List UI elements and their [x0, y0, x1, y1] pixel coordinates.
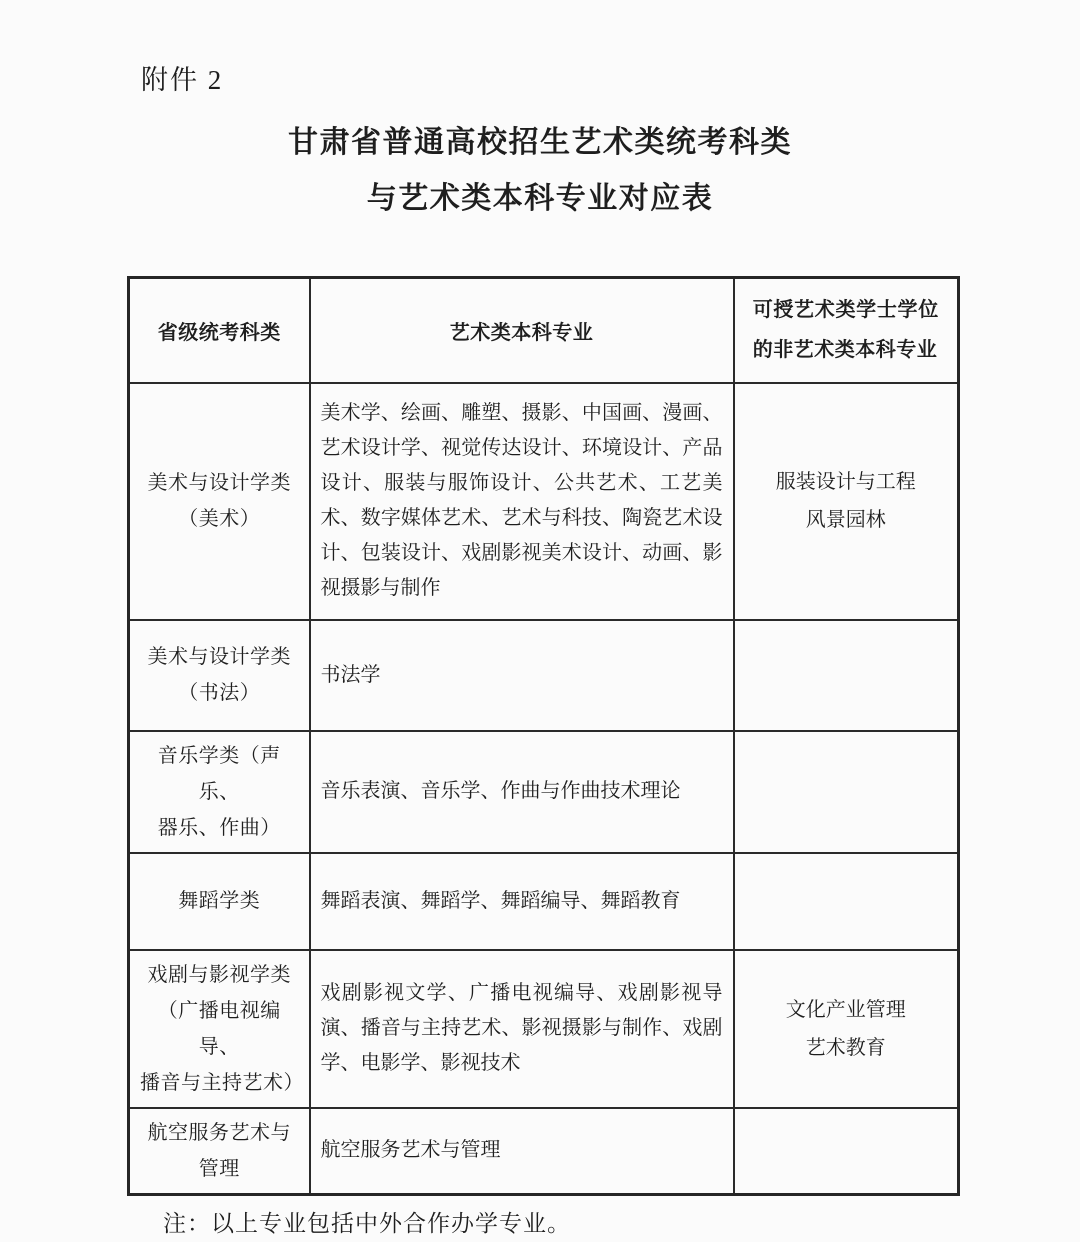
header-non-art-majors: 可授艺术类学士学位的非艺术类本科专业: [734, 278, 959, 383]
art-majors-cell: 书法学: [310, 620, 734, 731]
non-art-majors-cell: [734, 853, 959, 950]
non-art-majors-cell: 文化产业管理艺术教育: [734, 950, 959, 1108]
table-row-dance: 舞蹈学类 舞蹈表演、舞蹈学、舞蹈编导、舞蹈教育: [129, 853, 959, 950]
art-majors-cell: 音乐表演、音乐学、作曲与作曲技术理论: [310, 731, 734, 853]
exam-category-cell: 舞蹈学类: [129, 853, 310, 950]
document-title-line1: 甘肃省普通高校招生艺术类统考科类: [0, 123, 1080, 163]
table-header-row: 省级统考科类 艺术类本科专业 可授艺术类学士学位的非艺术类本科专业: [129, 278, 959, 383]
header-art-majors: 艺术类本科专业: [310, 278, 734, 383]
exam-category-cell: 航空服务艺术与管理: [129, 1108, 310, 1195]
table-row-music: 音乐学类（声乐、器乐、作曲） 音乐表演、音乐学、作曲与作曲技术理论: [129, 731, 959, 853]
document-page: 附件 2 甘肃省普通高校招生艺术类统考科类 与艺术类本科专业对应表 省级统考科类…: [0, 0, 1080, 1242]
table-row-art-design-fine-arts: 美术与设计学类（美术） 美术学、绘画、雕塑、摄影、中国画、漫画、艺术设计学、视觉…: [129, 383, 959, 620]
art-majors-cell: 舞蹈表演、舞蹈学、舞蹈编导、舞蹈教育: [310, 853, 734, 950]
table-row-art-design-calligraphy: 美术与设计学类（书法） 书法学: [129, 620, 959, 731]
attachment-label: 附件 2: [0, 0, 1080, 97]
correspondence-table: 省级统考科类 艺术类本科专业 可授艺术类学士学位的非艺术类本科专业 美术与设计学…: [127, 276, 960, 1196]
exam-category-cell: 美术与设计学类（美术）: [129, 383, 310, 620]
header-non-art-majors-text: 可授艺术类学士学位的非艺术类本科专业: [753, 290, 939, 370]
non-art-majors-cell: [734, 620, 959, 731]
exam-category-cell: 美术与设计学类（书法）: [129, 620, 310, 731]
footnote: 注：以上专业包括中外合作办学专业。: [163, 1209, 1080, 1239]
header-exam-category: 省级统考科类: [129, 278, 310, 383]
art-majors-cell: 戏剧影视文学、广播电视编导、戏剧影视导演、播音与主持艺术、影视摄影与制作、戏剧学…: [310, 950, 734, 1108]
exam-category-cell: 音乐学类（声乐、器乐、作曲）: [129, 731, 310, 853]
non-art-majors-cell: [734, 1108, 959, 1195]
non-art-majors-cell: [734, 731, 959, 853]
exam-category-cell: 戏剧与影视学类（广播电视编导、播音与主持艺术）: [129, 950, 310, 1108]
art-majors-cell: 航空服务艺术与管理: [310, 1108, 734, 1195]
table-row-drama-film: 戏剧与影视学类（广播电视编导、播音与主持艺术） 戏剧影视文学、广播电视编导、戏剧…: [129, 950, 959, 1108]
table-row-aviation-service: 航空服务艺术与管理 航空服务艺术与管理: [129, 1108, 959, 1195]
document-title-line2: 与艺术类本科专业对应表: [0, 179, 1080, 219]
art-majors-cell: 美术学、绘画、雕塑、摄影、中国画、漫画、艺术设计学、视觉传达设计、环境设计、产品…: [310, 383, 734, 620]
non-art-majors-cell: 服装设计与工程风景园林: [734, 383, 959, 620]
document-title: 甘肃省普通高校招生艺术类统考科类 与艺术类本科专业对应表: [0, 123, 1080, 219]
